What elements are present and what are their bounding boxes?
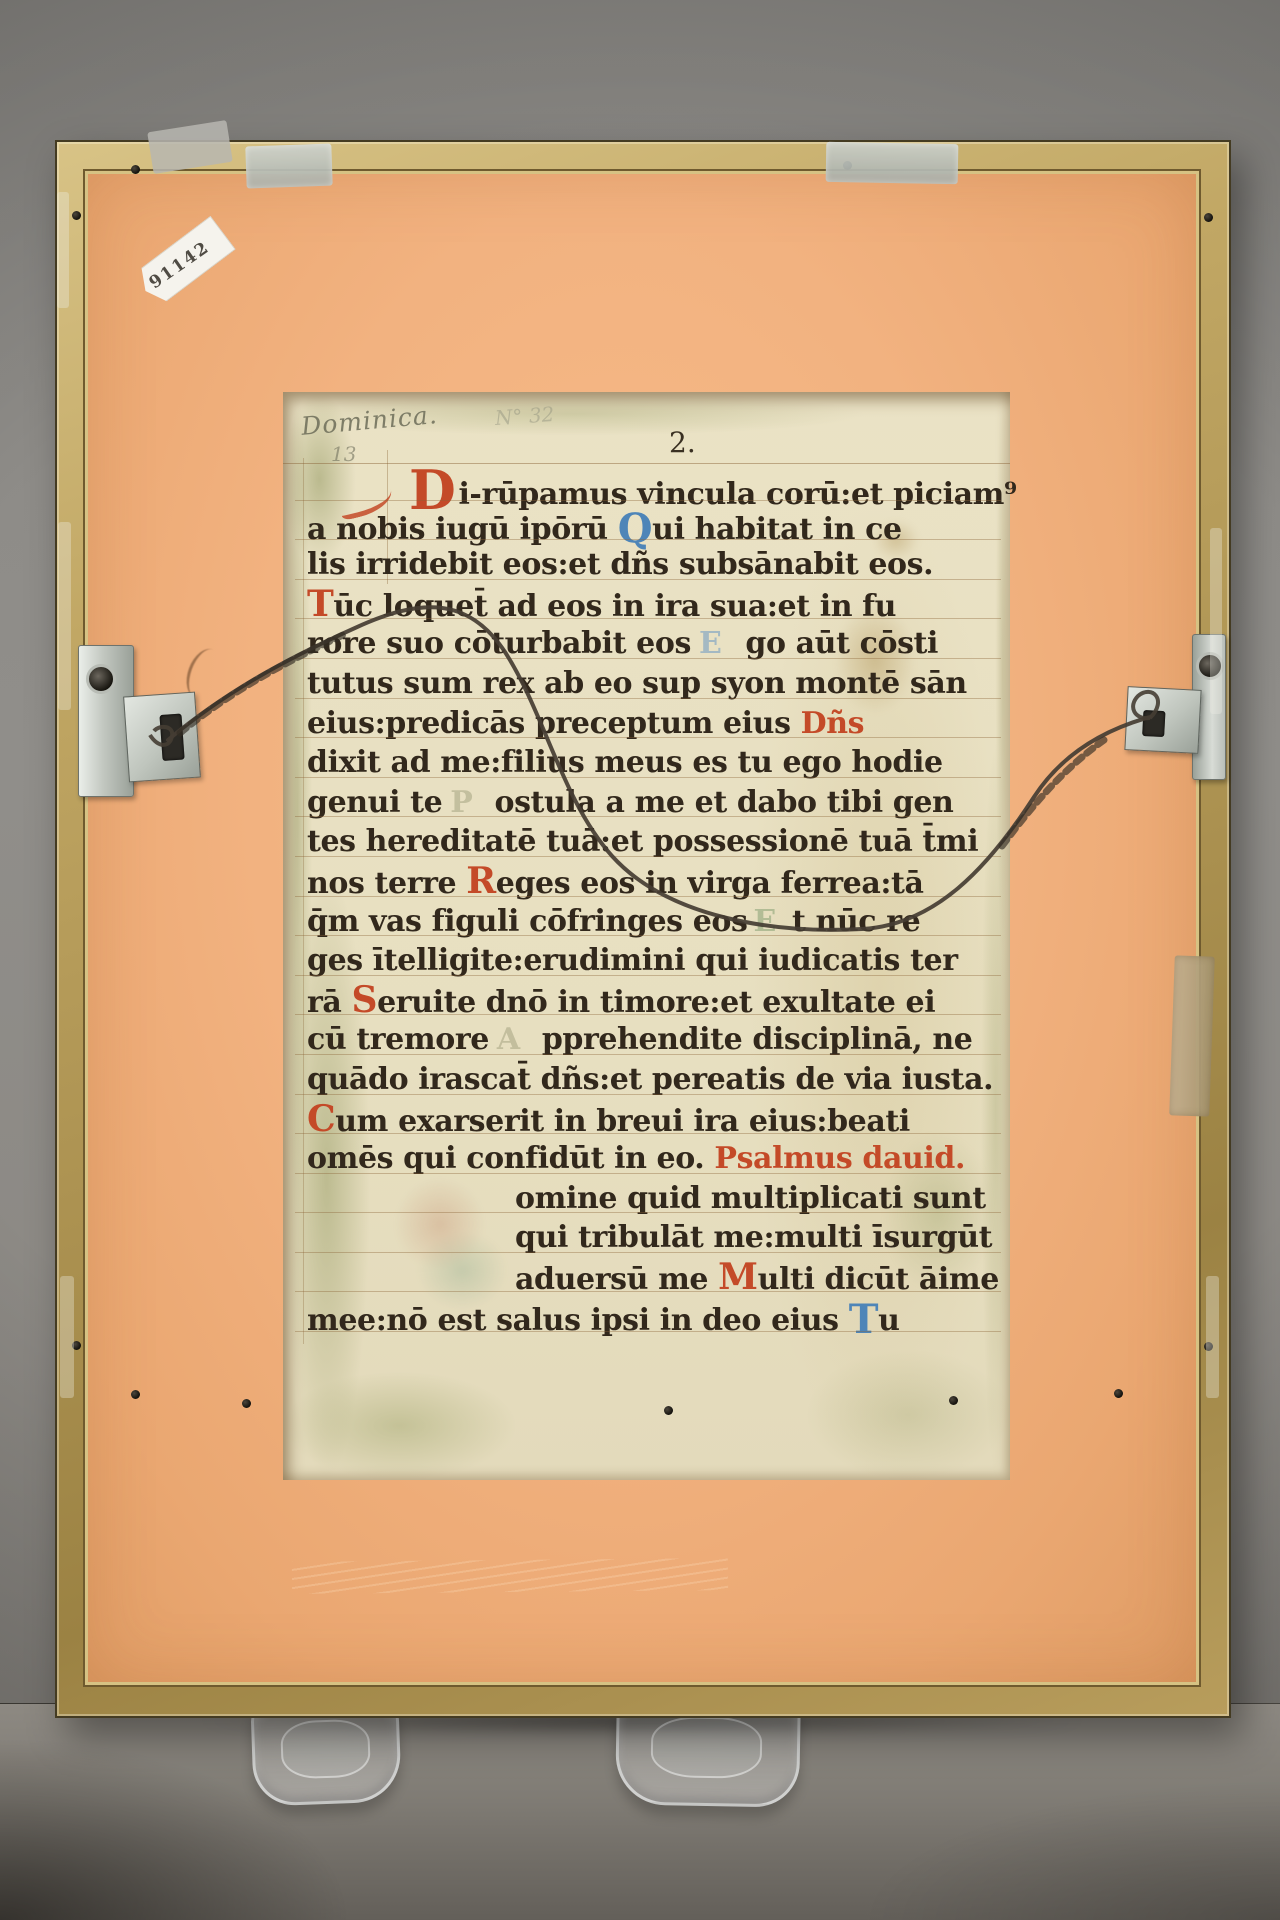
hanger-bracket-tab-left [123,692,201,783]
frame-nail [131,1390,140,1399]
manuscript-segment-red: Dñs [801,706,865,741]
manuscript-line: lis irridebit eos:et dñs subsānabit eos. [307,545,997,585]
manuscript-line: tutus sum rex ab eo sup syon montē sān [307,664,997,704]
handwritten-note-secondary: 13 [331,442,356,466]
ruling-line-horizontal [283,463,1010,464]
manuscript-segment-ink: eges eos in virga ferrea:tā [496,866,924,901]
manuscript-line: rā Seruite dnō in timore:et exultate ei [307,981,997,1021]
manuscript-segment-faint-green: E [747,904,791,939]
frame-nail [131,165,140,174]
manuscript-line: dixit ad me:filius meus es tu ego hodie [307,743,997,783]
manuscript-segment-faint-blue: E [691,626,745,661]
manuscript-segment-ink: ūc loquet̄ ad eos in ira sua:et in fu [333,589,896,624]
manuscript-line: quādo irascat̄ dñs:et pereatis de via iu… [307,1060,997,1100]
manuscript-segment-ink: q̄m vas figuli cōfringes eos [307,904,747,939]
bracket-screw-left [86,664,116,694]
manuscript-segment-red-lg: M [718,1256,757,1298]
manuscript-line: eius:predicās preceptum eius Dñs [307,704,997,744]
manuscript-line: tes hereditatē tuā:et possessionē tuā t̄… [307,822,997,862]
manuscript-line: Tūc loquet̄ ad eos in ira sua:et in fu [307,585,997,625]
frame-edge-glint [60,1276,74,1398]
manuscript-segment-ink: t nūc re [792,904,920,939]
manuscript-line: mee:nō est salus ipsi in deo eius Tu [307,1297,997,1337]
manuscript-segment-ink: quādo irascat̄ dñs:et pereatis de via iu… [307,1062,993,1097]
manuscript-segment-red: Psalmus dauid. [714,1141,965,1176]
manuscript-line: Cum exarserit in breui ira eius:beati [307,1100,997,1140]
manuscript-segment-ink: rore suo cōturbabit eos [307,626,691,661]
manuscript-segment-red-lg: C [307,1098,335,1140]
frame-nail [1114,1389,1123,1398]
frame-nail [1204,213,1213,222]
manuscript-segment-ink: mee:nō est salus ipsi in deo eius [307,1303,849,1338]
manuscript-segment-ink: u [878,1303,899,1338]
acrylic-foot-highlight [651,1716,763,1779]
frame-nail [664,1406,673,1415]
masking-tape-remnant [1169,955,1215,1116]
frame-edge-glint [1206,1276,1219,1398]
manuscript-segment-ink: um exarserit in breui ira eius:beati [335,1104,910,1139]
tape-piece [826,142,959,184]
bracket-slot [159,714,184,761]
folio-page-number: 2. [669,426,696,459]
manuscript-segment-faint-sketch: A [489,1022,542,1057]
manuscript-segment-ink: ostula a me et dabo tibi gen [494,785,953,820]
frame-nail [72,211,81,220]
manuscript-segment-ink: tutus sum rex ab eo sup syon montē sān [307,666,967,701]
frame-edge-glint [57,192,69,308]
manuscript-segment-ink: eruite dnō in timore:et exultate ei [377,985,935,1020]
manuscript-line: q̄m vas figuli cōfringes eosEt nūc re [307,902,997,942]
hanger-bracket-tab-right [1124,686,1201,754]
handwritten-note: Dominica. [300,400,439,441]
manuscript-segment-ink: ui habitat in ce [652,512,901,547]
manuscript-segment-ink: go aūt cōsti [745,626,938,661]
manuscript-segment-ink: omine quid multiplicati sunt [515,1181,986,1216]
manuscript-line: ges ītelligite:erudimini qui iudicatis t… [307,941,997,981]
mat-scuff-marks [292,1558,728,1594]
manuscript-segment-ink: a nobis iugū ipōrū [307,512,618,547]
manuscript-line: Di-rūpamus vincula corū:et piciam⁹ [307,466,997,506]
manuscript-line: omine quid multiplicati sunt [307,1179,997,1219]
manuscript-line: genui tePostula a me et dabo tibi gen [307,783,997,823]
frame-nail [949,1396,958,1405]
manuscript-segment-ink: pprehendite disciplinā, ne [542,1022,973,1057]
manuscript-segment-ink: omēs qui confidūt in eo. [307,1141,714,1176]
manuscript-segment-ink: tes hereditatē tuā:et possessionē tuā t̄… [307,824,978,859]
manuscript-line: nos terre Reges eos in virga ferrea:tā [307,862,997,902]
frame-edge-glint [1210,528,1222,714]
manuscript-segment-red-lg: R [466,860,496,902]
bracket-slot [1142,710,1165,737]
manuscript-segment-ink: dixit ad me:filius meus es tu ego hodie [307,745,943,780]
frame-edge-glint [58,522,71,710]
faint-inventory-note: N° 32 [494,402,555,430]
manuscript-leaf: Dominica. 13 N° 32 2. Di-rūpamus vincula… [283,392,1010,1480]
manuscript-line: cū tremoreApprehendite disciplinā, ne [307,1020,997,1060]
manuscript-segment-ink: genui te [307,785,442,820]
manuscript-line: aduersū me Multi dicūt āime [307,1258,997,1298]
manuscript-segment-ink: ulti dicūt āime [758,1262,999,1297]
manuscript-line: rore suo cōturbabit eosEgo aūt cōsti [307,624,997,664]
manuscript-segment-ink: rā [307,985,352,1020]
text-block: Di-rūpamus vincula corū:et piciam⁹a nobi… [307,466,997,1337]
manuscript-segment-red-lg: S [352,979,378,1021]
acrylic-foot-highlight [280,1718,371,1779]
manuscript-line: omēs qui confidūt in eo. Psalmus dauid. [307,1139,997,1179]
manuscript-segment-ink: ges ītelligite:erudimini qui iudicatis t… [307,943,958,978]
manuscript-line: a nobis iugū ipōrū Qui habitat in ce [307,506,997,546]
frame-nail [242,1399,251,1408]
manuscript-segment-ink: cū tremore [307,1022,489,1057]
manuscript-segment-blue: T [849,1296,878,1343]
manuscript-segment-faint-sketch: P [442,785,494,820]
ruling-line-vertical [303,458,304,1344]
manuscript-segment-ink: aduersū me [515,1262,718,1297]
manuscript-segment-ink: qui tribulāt me:multi īsurgūt [515,1220,992,1255]
manuscript-segment-ink: eius:predicās preceptum eius [307,706,801,741]
manuscript-line: qui tribulāt me:multi īsurgūt [307,1218,997,1258]
tape-piece [245,144,332,189]
manuscript-segment-ink: nos terre [307,866,466,901]
manuscript-segment-red-lg: T [307,583,333,625]
manuscript-segment-ink: lis irridebit eos:et dñs subsānabit eos. [307,547,933,582]
photo-scene: Dominica. 13 N° 32 2. Di-rūpamus vincula… [0,0,1280,1920]
